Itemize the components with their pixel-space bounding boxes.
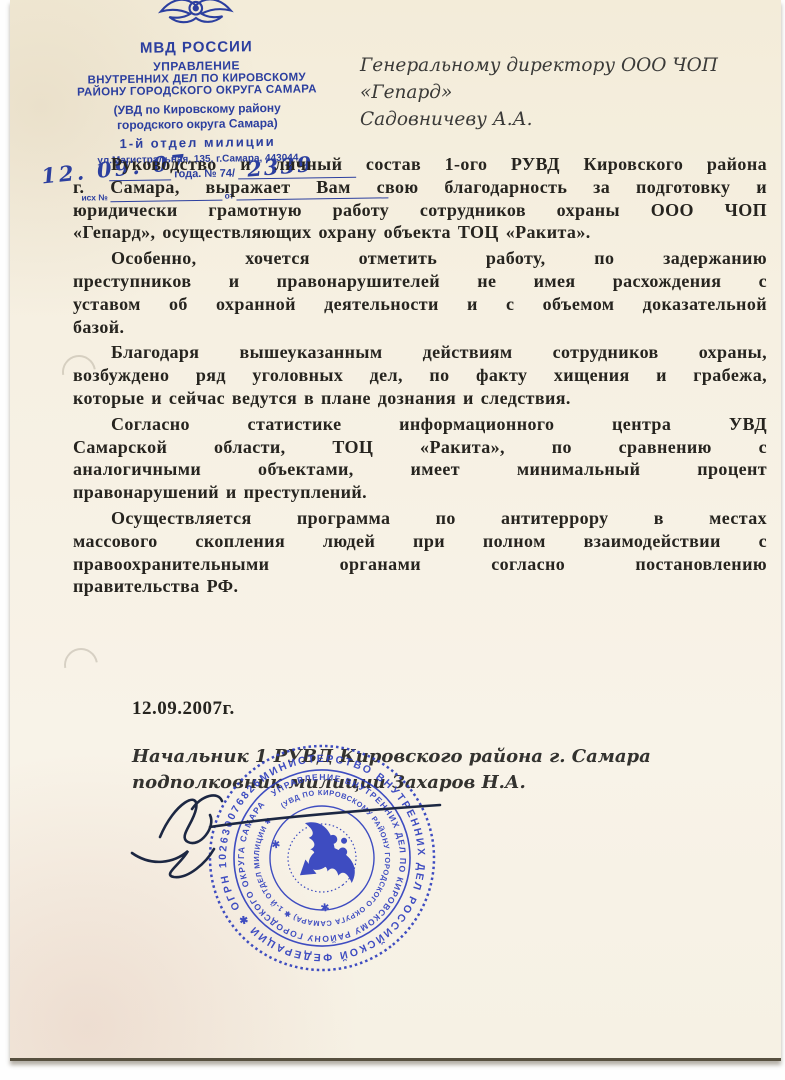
recipient-name: Садовничеву А.А. [360,106,770,133]
body-line: уставом об охранной деятельности и с объ… [73,293,767,316]
letter-body: Руководство и личный состав 1-ого РУВД К… [73,153,767,601]
paragraph: Согласно статистике информационного цент… [73,413,767,504]
body-line: Согласно статистике информационного цент… [73,413,767,436]
body-line: правоохранительными органами согласно по… [73,553,767,576]
body-line: Осуществляется программа по антитеррору … [73,507,767,530]
body-line: Самарской области, ТОЦ «Ракита», по срав… [73,436,767,459]
body-line: Руководство и личный состав 1-ого РУВД К… [73,153,767,176]
scanned-letter-page: МВД РОССИИ УПРАВЛЕНИЕ ВНУТРЕННИХ ДЕЛ ПО … [10,0,781,1061]
body-line: Благодаря вышеуказанным действиям сотруд… [73,341,767,364]
org-unit: 1-й отдел милиции [39,133,357,152]
body-line: базой. [73,316,767,339]
paragraph: Благодаря вышеуказанным действиям сотруд… [73,341,767,409]
recipient-block: Генеральному директору ООО ЧОП «Гепард» … [360,52,770,133]
paragraph: Осуществляется программа по антитеррору … [73,507,767,598]
body-line: преступников и правонарушителей не имея … [73,270,767,293]
mvd-emblem-icon [154,0,239,33]
document-date: 12.09.2007г. [132,698,235,720]
body-line: юридически грамотную работу сотрудников … [73,199,767,222]
handwritten-signature [122,775,452,895]
paragraph: Особенно, хочется отметить работу, по за… [73,247,767,338]
paragraph: Руководство и личный состав 1-ого РУВД К… [73,153,767,244]
body-line: которые и сейчас ведутся в плане дознани… [73,387,767,410]
body-line: аналогичными объектами, имеет минимальны… [73,458,767,481]
org-name-line1: МВД РОССИИ [37,37,355,58]
stamp-star-right: ✱ [317,901,332,916]
punch-hole-bottom [57,641,104,688]
recipient-title: Генеральному директору ООО ЧОП «Гепард» [360,52,770,106]
body-line: Особенно, хочется отметить работу, по за… [73,247,767,270]
body-line: возбуждено ряд уголовных дел, по факту х… [73,364,767,387]
body-line: правонарушений и преступлений. [73,481,767,504]
body-line: правительства РФ. [73,575,767,598]
body-line: г. Самара, выражает Вам свою благодарнос… [73,176,767,199]
body-line: массового скопления людей при полном вза… [73,530,767,553]
body-line: «Гепард», осуществляющих охрану объекта … [73,221,767,244]
